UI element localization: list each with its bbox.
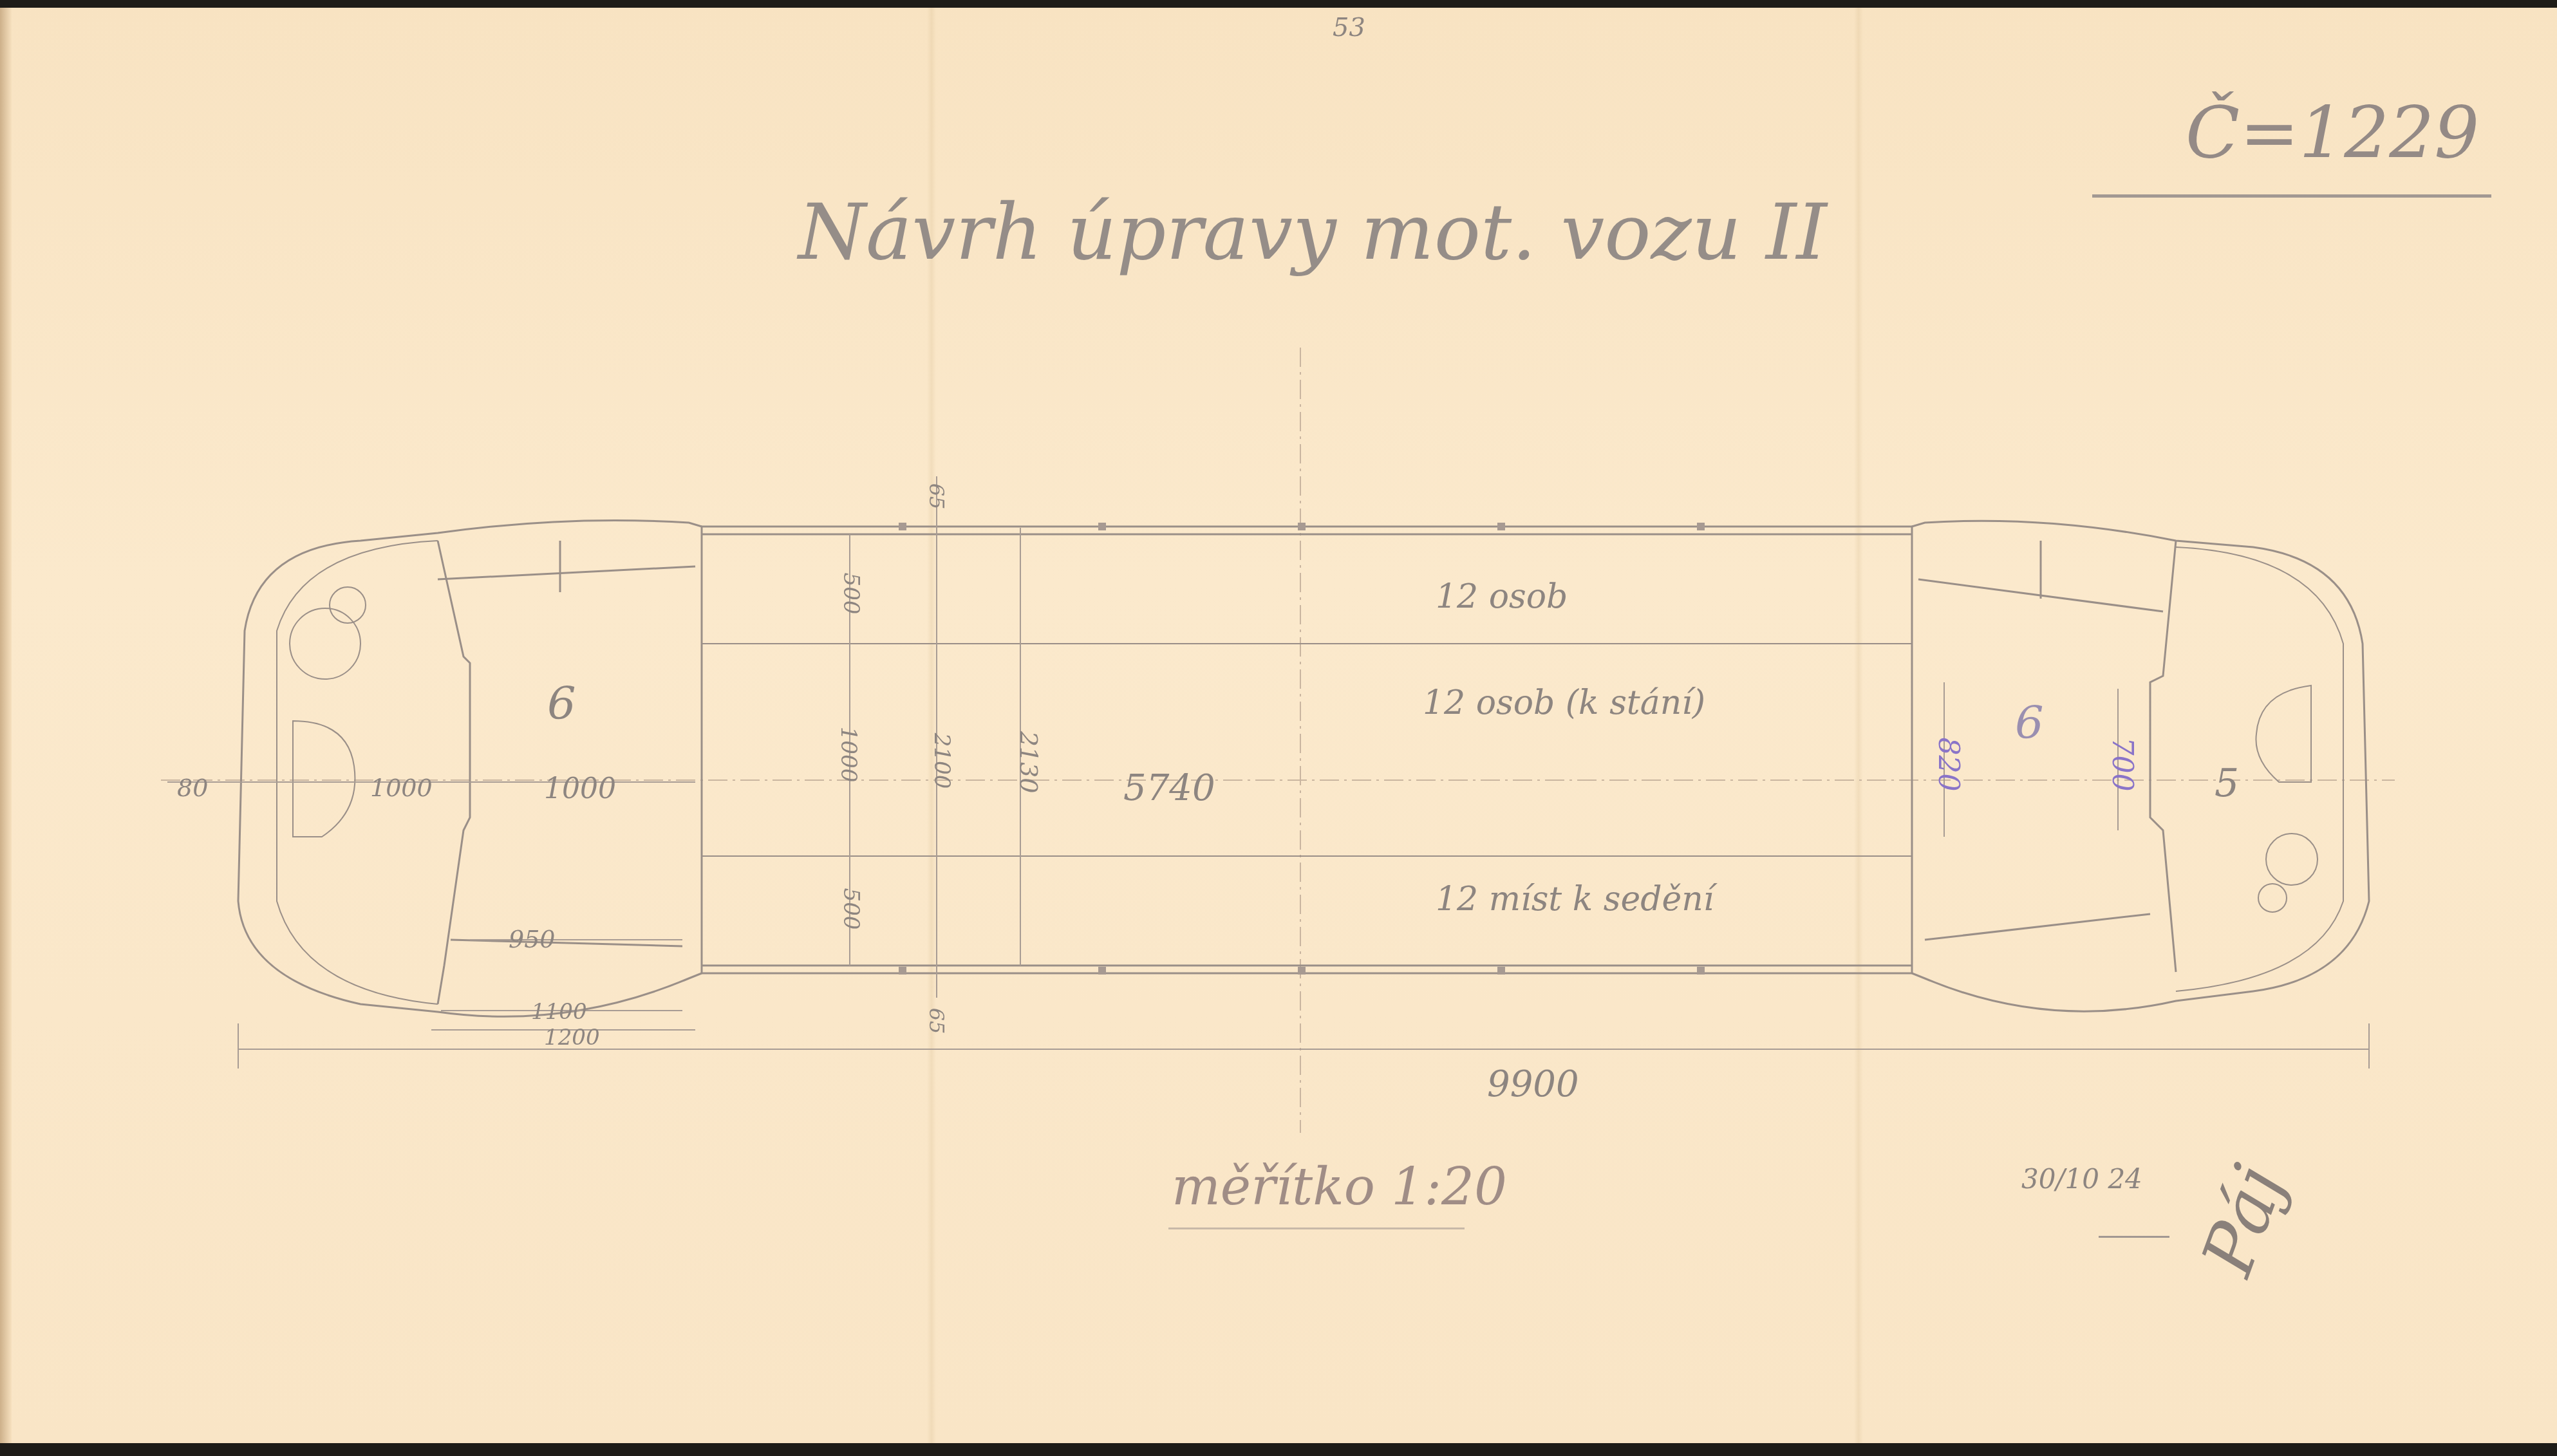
dim-platform-depth: 1000 <box>544 772 616 805</box>
dim-right-cab-opening: 700 <box>2106 738 2139 792</box>
page-title: Návrh úpravy mot. vozu II <box>798 188 1827 277</box>
dim-outer-width: 2130 <box>1015 731 1043 794</box>
right-driver-seat <box>2256 686 2311 782</box>
right-platform-number: 6 <box>2015 696 2044 749</box>
left-driver-seat <box>293 721 355 837</box>
dim-inner-width: 2100 <box>929 733 955 789</box>
dim-seat-row-bottom: 500 <box>838 888 864 930</box>
right-end-outline <box>1912 521 2369 1011</box>
dim-overall-length: 9900 <box>1487 1063 1579 1105</box>
drawing-sheet: 53 Č=1229 Návrh úpravy mot. vozu II 12 o… <box>0 8 2557 1443</box>
seating-note-1: 12 osob <box>1436 577 1568 616</box>
seating-note-2: 12 osob (k stání) <box>1423 684 1705 722</box>
left-platform-number: 6 <box>547 677 576 730</box>
right-controller-icon <box>2266 834 2318 885</box>
dim-door-width: 950 <box>509 925 556 953</box>
sheet-number: 53 <box>1333 13 1365 42</box>
right-cab-number: 5 <box>2215 761 2239 806</box>
dim-platform-outer: 1200 <box>544 1025 600 1050</box>
dim-platform-inner: 1100 <box>531 999 587 1025</box>
drawing-number-underline <box>2092 194 2491 198</box>
dim-end-offset: 80 <box>177 774 208 802</box>
left-controller-icon <box>290 608 361 679</box>
dimension-lines <box>167 476 2369 1069</box>
scale-label: měřítko 1:20 <box>1172 1157 1507 1217</box>
dim-wall-bottom: 65 <box>924 1008 949 1034</box>
drawing-number: Č=1229 <box>2186 91 2479 174</box>
dim-right-door-opening: 820 <box>1932 738 1965 792</box>
dim-aisle: 1000 <box>836 727 861 783</box>
body-outline <box>702 527 1912 973</box>
dim-cab-depth: 1000 <box>370 774 433 802</box>
dim-body-length: 5740 <box>1123 767 1215 809</box>
seating-note-3: 12 míst k sedění <box>1436 880 1714 919</box>
date-underline <box>2099 1236 2169 1238</box>
dim-seat-row-top: 500 <box>838 573 864 615</box>
scale-underline <box>1168 1227 1465 1229</box>
date: 30/10 24 <box>2021 1163 2142 1195</box>
dim-wall-top: 65 <box>924 483 949 510</box>
